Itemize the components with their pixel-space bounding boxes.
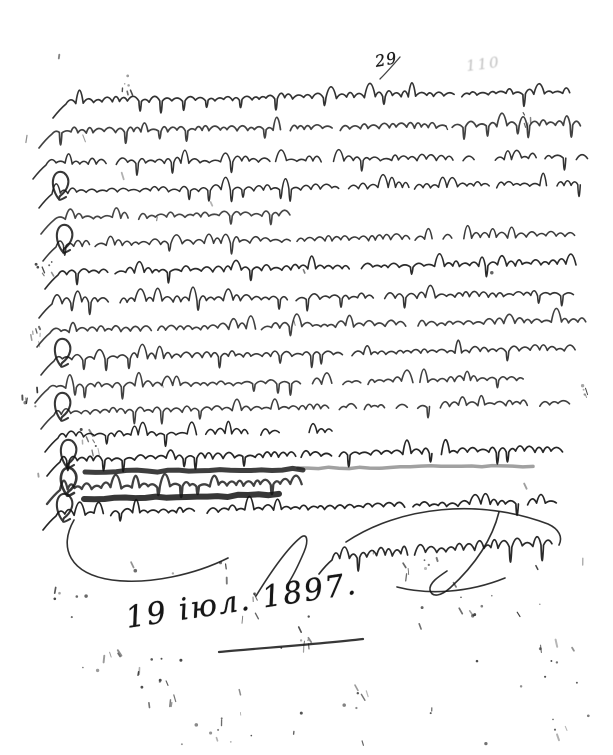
ink-speckle [71, 616, 73, 618]
ink-speckle [42, 267, 44, 273]
ink-speckle [419, 624, 421, 629]
ink-speckle [576, 682, 578, 684]
ink-speckle [195, 723, 199, 727]
ink-speckle [59, 55, 60, 59]
ink-speckle [174, 695, 176, 702]
ink-speckle [460, 597, 462, 599]
ink-speckle [51, 261, 53, 263]
ink-speckle [544, 676, 546, 678]
ink-speckle [209, 731, 212, 734]
handwriting-line [37, 308, 586, 347]
ink-speckle [31, 335, 32, 341]
ink-speckle [122, 173, 124, 180]
ink-speckle [166, 681, 168, 686]
ink-speckle [217, 729, 219, 731]
handwriting-line [39, 285, 581, 318]
ink-speckle [171, 703, 172, 707]
ink-speckle [157, 217, 158, 221]
ink-speckle [586, 388, 588, 394]
ink-speckle [491, 595, 493, 597]
handwriting-line [39, 173, 580, 208]
ink-speckle [127, 91, 128, 94]
ink-speckle [583, 389, 585, 391]
ink-speckle [226, 564, 227, 569]
handwriting-line [53, 83, 570, 118]
ink-speckle [217, 738, 218, 741]
handwriting-line [45, 421, 332, 452]
ink-speckle [48, 264, 50, 266]
ink-speckle [26, 398, 27, 403]
ink-speckle [86, 437, 88, 442]
handwriting-line [39, 113, 580, 148]
ink-speckle [565, 726, 567, 730]
ink-speckle [459, 608, 462, 614]
ink-speckle [83, 135, 86, 142]
ink-speckle [230, 741, 232, 743]
ink-speckle [39, 327, 40, 329]
ink-speckle [172, 572, 174, 574]
signature-flourish [67, 520, 228, 581]
ink-speckle [131, 562, 134, 567]
ink-speckle [124, 83, 125, 84]
ink-speckle [437, 558, 438, 561]
ink-speckle [110, 652, 112, 657]
ink-speckle [34, 405, 36, 407]
ink-speckle [239, 690, 240, 695]
ink-speckle [362, 741, 363, 745]
ink-speckle [95, 445, 97, 447]
ink-speckle [473, 613, 476, 616]
ink-speckle [76, 595, 79, 598]
ink-speckle [126, 75, 129, 78]
ink-speckle [366, 691, 368, 697]
ink-speckle [52, 273, 54, 276]
ink-speckle [556, 661, 558, 663]
ink-speckle [211, 202, 213, 206]
ink-speckle [357, 692, 359, 694]
ink-speckle [524, 123, 525, 127]
ink-speckle [36, 266, 39, 269]
signature-flourish [346, 509, 561, 545]
ink-speckle [490, 271, 493, 274]
handwriting-line [41, 396, 570, 429]
ink-speckle [406, 574, 407, 581]
ink-speckle [586, 395, 587, 398]
ink-speckle [408, 568, 409, 574]
strikethrough-smear [84, 494, 279, 499]
manuscript-scan [0, 0, 613, 755]
ink-speckle [251, 735, 253, 737]
ink-speckle [92, 450, 93, 456]
ink-speckle [556, 640, 558, 647]
ink-speckle [550, 660, 552, 662]
handwriting-capital [55, 393, 70, 421]
ink-speckle [481, 605, 484, 608]
ink-speckle [179, 659, 182, 662]
handwriting-line [33, 150, 588, 179]
ink-speckle [104, 656, 105, 663]
ink-speckle [84, 594, 87, 597]
ink-speckle [587, 714, 590, 717]
ink-speckle [430, 712, 432, 714]
ink-speckle [355, 707, 357, 709]
ink-speckle [421, 606, 424, 609]
signature-flourish [397, 578, 505, 592]
ink-speckle [170, 700, 171, 707]
ink-speckle [303, 270, 304, 273]
ink-speckle [476, 660, 479, 663]
handwriting-line [45, 254, 576, 289]
ink-speckle [181, 743, 183, 745]
ink-speckle [484, 742, 487, 745]
ink-speckle [424, 559, 426, 561]
ink-speckle [26, 135, 27, 142]
ink-speckle [53, 597, 56, 600]
ink-speckle [150, 658, 153, 661]
ink-speckle [159, 681, 161, 683]
ink-speckle [308, 615, 310, 617]
ink-speckle [134, 569, 138, 573]
ink-speckle [58, 592, 61, 595]
ink-speckle [524, 484, 526, 489]
ink-speckle [424, 567, 427, 570]
ink-speckle [554, 729, 556, 731]
ink-speckle [539, 647, 542, 650]
ink-speckle [138, 672, 139, 676]
ink-speckle [93, 440, 95, 443]
ink-speckle [141, 686, 144, 689]
ink-speckle [557, 734, 559, 740]
ink-speckle [361, 694, 365, 700]
ink-speckle [523, 113, 524, 115]
ink-speckle [308, 638, 311, 642]
ink-speckle [98, 448, 99, 454]
ink-speckle [300, 712, 303, 715]
page-number: 29 [374, 48, 399, 71]
ink-speckle [36, 329, 37, 333]
handwriting-capital [55, 339, 70, 367]
handwriting-line [35, 369, 523, 403]
strikethrough-smear [85, 468, 303, 472]
ink-speckle [552, 719, 554, 721]
ink-speckle [299, 627, 302, 632]
ink-speckle [149, 703, 150, 708]
handwriting-line [43, 226, 575, 261]
strikethrough-smear [298, 466, 533, 469]
ink-speckle [581, 384, 584, 387]
ink-speckle [517, 612, 520, 616]
ink-speckle [35, 263, 38, 266]
ink-speckle [536, 566, 538, 570]
ink-speckle [300, 639, 302, 641]
handwriting-line [41, 208, 290, 234]
ink-speckle [55, 588, 56, 594]
ink-speckle [572, 648, 574, 651]
handwriting-capital [53, 172, 68, 200]
ink-speckle [42, 273, 44, 276]
ink-speckle [355, 685, 358, 690]
ink-speckle [342, 703, 346, 707]
ink-speckle [428, 564, 430, 566]
ink-speckle [82, 667, 84, 669]
ink-speckle [520, 685, 522, 687]
signature-flourish [430, 512, 499, 595]
ink-speckle [294, 321, 295, 326]
ink-speckle [80, 428, 83, 431]
ink-speckle [539, 604, 541, 606]
ink-speckle [161, 658, 163, 660]
manuscript-page: 29 110 19 іюл. 1897. [0, 0, 613, 755]
handwriting-capital [57, 494, 72, 522]
ink-speckle [127, 84, 130, 87]
handwriting-capital [57, 225, 72, 253]
handwriting-line [41, 340, 575, 375]
date-underline [219, 639, 363, 652]
ink-speckle [131, 90, 133, 95]
ink-speckle [403, 563, 406, 567]
ink-speckle [96, 669, 99, 672]
ink-speckle [221, 717, 223, 719]
handwriting-capital [61, 440, 76, 468]
